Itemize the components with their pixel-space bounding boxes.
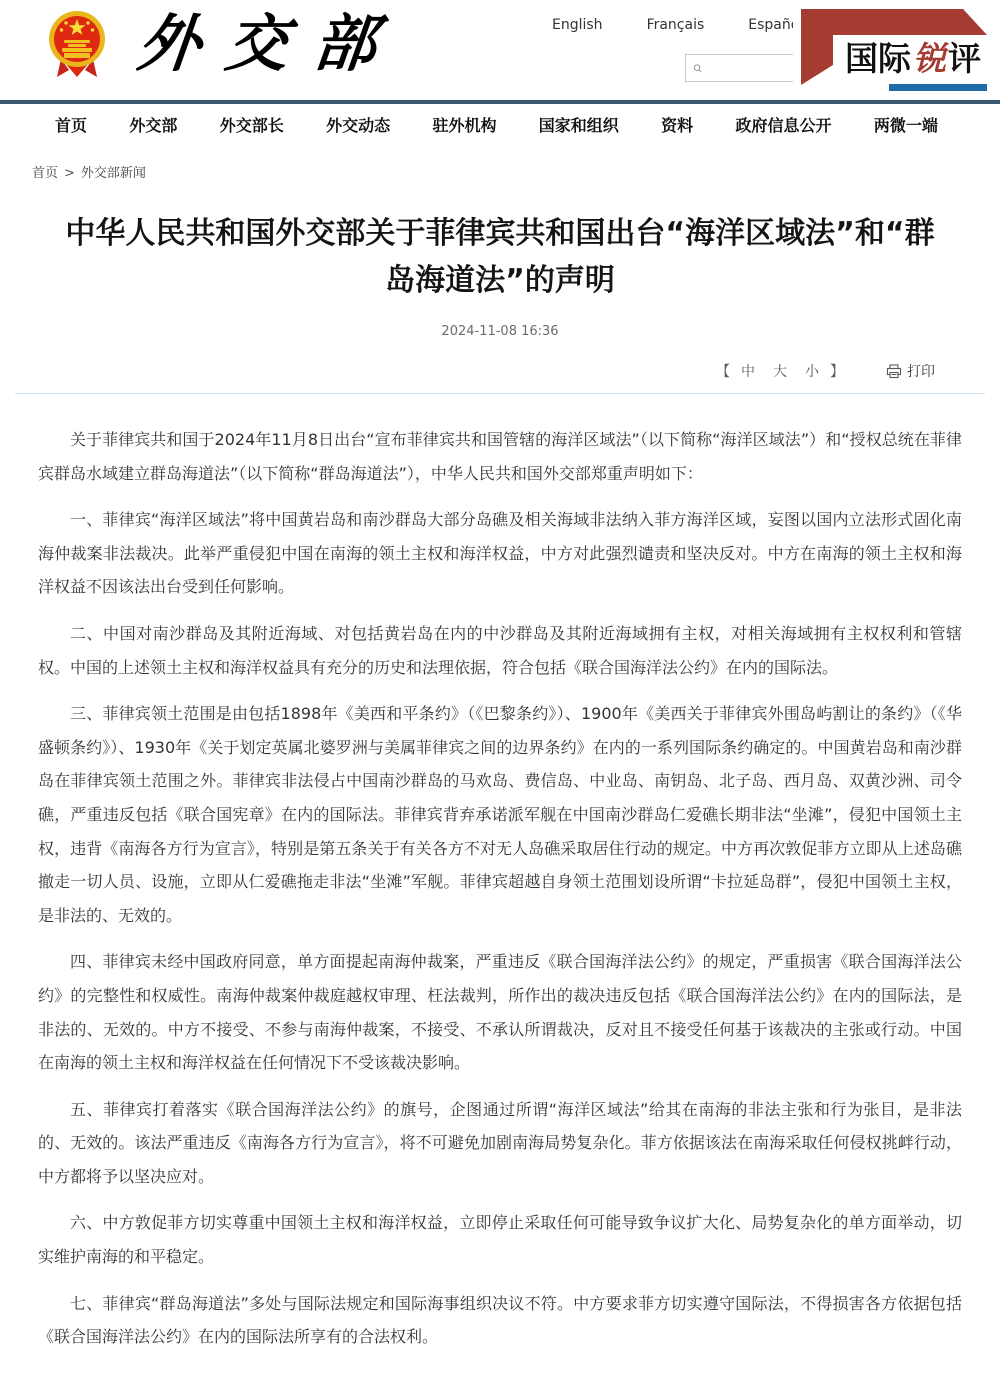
statement-paragraph-intro: 关于菲律宾共和国于2024年11月8日出台“宣布菲律宾共和国管辖的海洋区域法”（… <box>38 423 962 490</box>
statement-paragraph-3: 三、菲律宾领土范围是由包括1898年《美西和平条约》（《巴黎条约》）、1900年… <box>38 697 962 932</box>
statement-paragraph-1: 一、菲律宾“海洋区域法”将中国黄岩岛和南沙群岛大部分岛礁及相关海域非法纳入菲方海… <box>38 503 962 604</box>
font-size-medium-button[interactable]: 中 <box>741 361 755 381</box>
mfa-calligraphy-logo: 外交部 <box>133 0 407 90</box>
article-toolbar: 【 中 大 小 】 打印 <box>0 361 935 381</box>
nav-item-gov-info[interactable]: 政府信息公开 <box>736 113 832 136</box>
breadcrumb: 首页>外交部新闻 <box>0 144 1000 181</box>
nav-item-resources[interactable]: 资料 <box>661 113 693 136</box>
ruiping-banner[interactable]: 国际锐评 <box>793 7 987 91</box>
ruiping-text-right: 评 <box>948 33 981 80</box>
site-header: 外交部 English Français Español Русский 国际锐… <box>0 0 1000 100</box>
nav-item-ministry[interactable]: 外交部 <box>129 113 177 136</box>
ruiping-banner-title: 国际锐评 <box>839 33 987 79</box>
national-emblem-icon <box>47 7 107 79</box>
lang-english[interactable]: English <box>552 17 603 33</box>
nav-item-missions[interactable]: 驻外机构 <box>432 113 496 136</box>
main-nav: 首页 外交部 外交部长 外交动态 驻外机构 国家和组织 资料 政府信息公开 两微… <box>0 100 1000 144</box>
nav-item-countries[interactable]: 国家和组织 <box>539 113 619 136</box>
statement-paragraph-5: 五、菲律宾打着落实《联合国海洋法公约》的旗号，企图通过所谓“海洋区域法”给其在南… <box>38 1093 962 1194</box>
toolbar-bracket-close: 】 <box>830 361 844 381</box>
font-size-small-button[interactable]: 小 <box>805 361 819 381</box>
ruiping-underline <box>889 84 987 91</box>
nav-item-home[interactable]: 首页 <box>55 113 87 136</box>
print-label: 打印 <box>907 361 935 381</box>
printer-icon <box>886 364 902 379</box>
nav-item-minister[interactable]: 外交部长 <box>220 113 284 136</box>
breadcrumb-current[interactable]: 外交部新闻 <box>81 166 146 181</box>
toolbar-bracket-open: 【 <box>716 361 730 381</box>
national-emblem <box>47 7 107 79</box>
print-button[interactable]: 打印 <box>886 361 935 381</box>
breadcrumb-separator: > <box>64 166 75 181</box>
statement-paragraph-6: 六、中方敦促菲方切实尊重中国领土主权和海洋权益，立即停止采取任何可能导致争议扩大… <box>38 1206 962 1273</box>
nav-item-activities[interactable]: 外交动态 <box>326 113 390 136</box>
statement-paragraph-4: 四、菲律宾未经中国政府同意，单方面提起南海仲裁案，严重违反《联合国海洋法公约》的… <box>38 945 962 1079</box>
statement-paragraph-2: 二、中国对南沙群岛及其附近海域、对包括黄岩岛在内的中沙群岛及其附近海域拥有主权，… <box>38 617 962 684</box>
lang-francais[interactable]: Français <box>647 17 705 33</box>
search-icon <box>693 61 703 76</box>
ruiping-text-accent: 锐 <box>911 33 948 80</box>
nav-item-weibo-wechat[interactable]: 两微一端 <box>874 113 938 136</box>
page-title: 中华人民共和国外交部关于菲律宾共和国出台“海洋区域法”和“群岛海道法”的声明 <box>55 211 945 304</box>
ruiping-text-left: 国际 <box>845 33 911 80</box>
statement-paragraph-7: 七、菲律宾“群岛海道法”多处与国际法规定和国际海事组织决议不符。中方要求菲方切实… <box>38 1287 962 1354</box>
font-size-large-button[interactable]: 大 <box>773 361 787 381</box>
breadcrumb-home[interactable]: 首页 <box>32 166 58 181</box>
article-date: 2024-11-08 16:36 <box>0 324 1000 339</box>
article-body: 关于菲律宾共和国于2024年11月8日出台“宣布菲律宾共和国管辖的海洋区域法”（… <box>0 394 1000 1394</box>
